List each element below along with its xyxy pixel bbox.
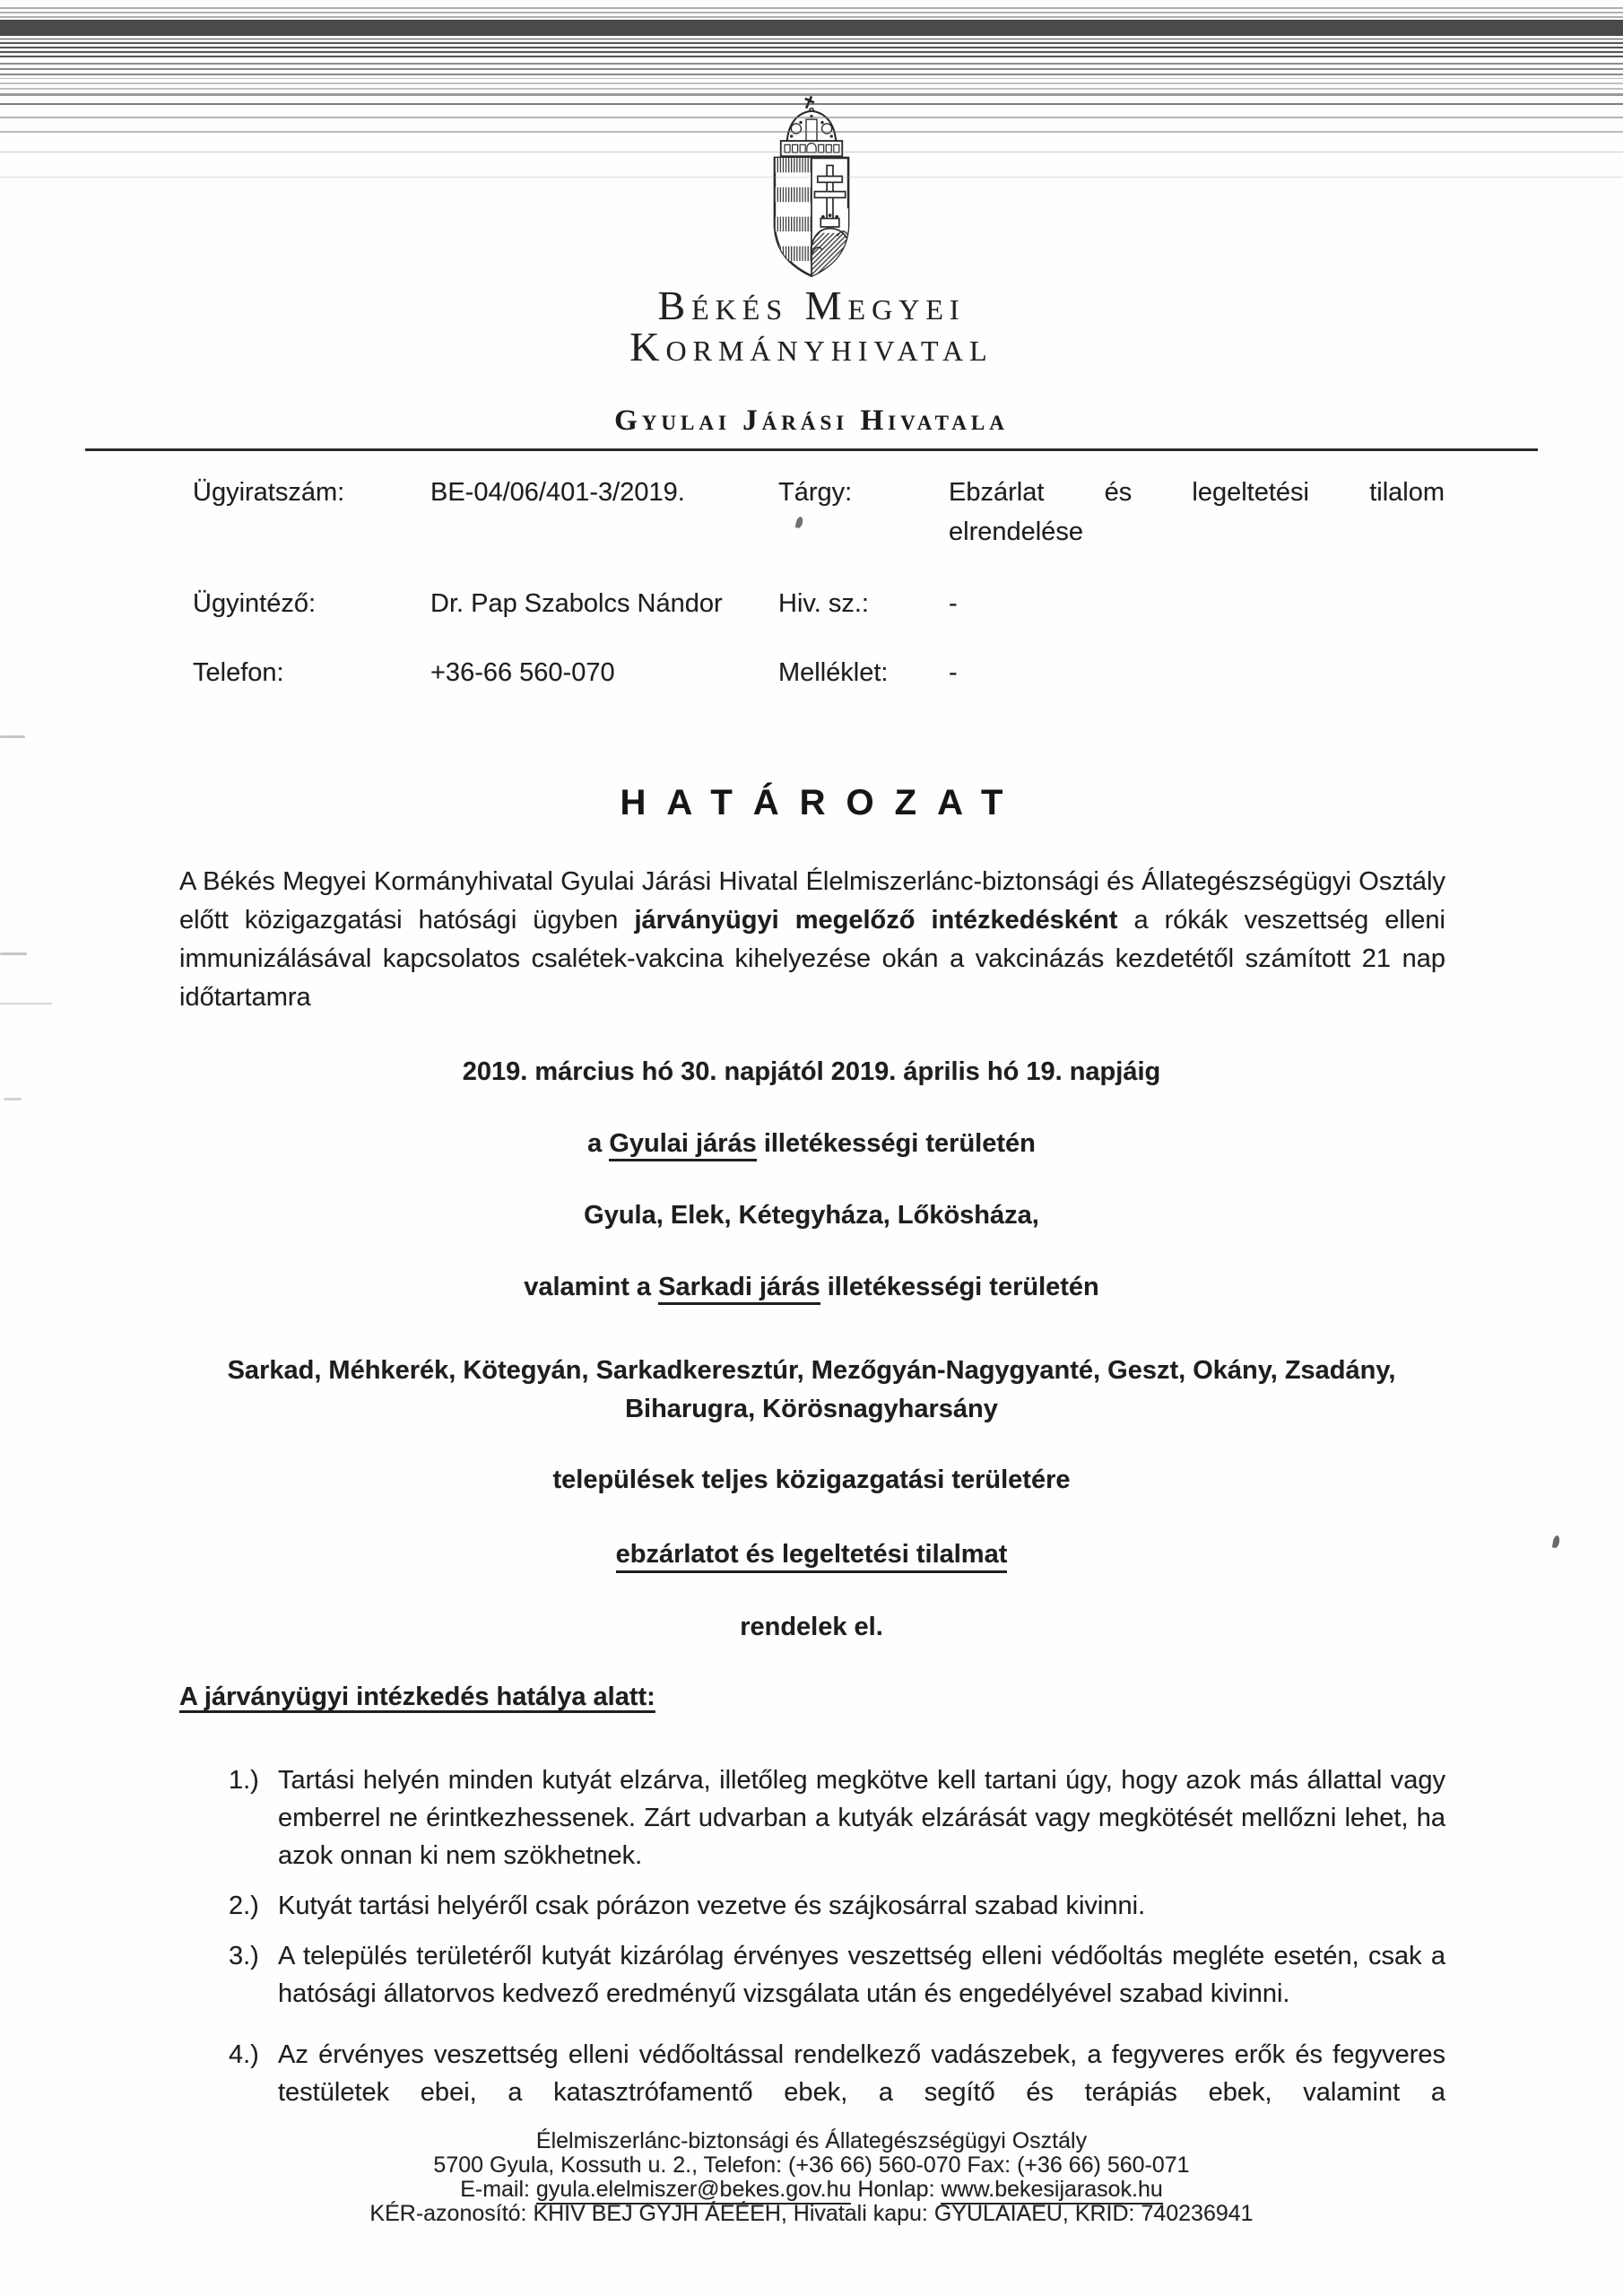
gyula-settlements-line: Gyula, Elek, Kétegyháza, Lőkösháza, xyxy=(0,1196,1623,1235)
scan-mark xyxy=(0,952,27,955)
clerk-label: Ügyintéző: xyxy=(193,584,430,623)
scan-stripe xyxy=(0,20,1623,36)
scan-artifact-band xyxy=(0,0,1623,197)
scan-stripe xyxy=(0,93,1623,96)
gyula-district-line: a Gyulai járás illetékességi területén xyxy=(0,1125,1623,1163)
gyula-district-post: illetékességi területén xyxy=(757,1129,1036,1158)
gyula-district-pre: a xyxy=(587,1129,609,1158)
period-line: 2019. március hó 30. napjától 2019. ápri… xyxy=(0,1053,1623,1091)
scan-stripe xyxy=(0,103,1623,105)
scan-stripe xyxy=(0,177,1623,178)
sarkad-district-line: valamint a Sarkadi járás illetékességi t… xyxy=(0,1268,1623,1307)
meta-row-clerk: Ügyintéző: Dr. Pap Szabolcs Nándor Hiv. … xyxy=(193,584,1445,623)
sarkad-district-pre: valamint a xyxy=(524,1273,658,1301)
subject-label: Tárgy: xyxy=(778,473,949,512)
homepage-label: Honlap: xyxy=(851,2177,941,2202)
attachment-value: - xyxy=(949,653,1445,692)
org-name-line-2: Kormányhivatal xyxy=(0,326,1623,368)
subject-value-line2: elrendelése xyxy=(949,512,1445,552)
item-3-number: 3.) xyxy=(229,1937,259,1975)
scan-stripe xyxy=(0,152,1623,152)
measure-item-3: 3.) A település területéről kutyát kizár… xyxy=(179,1937,1445,2013)
email-label: E-mail: xyxy=(460,2177,536,2202)
header-divider xyxy=(85,448,1538,451)
measure-item-2: 2.) Kutyát tartási helyéről csak pórázon… xyxy=(179,1887,1445,1925)
subject-value: Ebzárlat és legeltetési tilalom elrendel… xyxy=(949,473,1445,552)
item-1-text: Tartási helyén minden kutyát elzárva, il… xyxy=(278,1766,1445,1870)
case-number-value: BE-04/06/401-3/2019. xyxy=(430,473,778,512)
sarkad-district-name: Sarkadi járás xyxy=(658,1273,820,1305)
decision-title: HATÁROZAT xyxy=(0,780,1623,825)
scan-stripe xyxy=(0,39,1623,57)
item-4-number: 4.) xyxy=(229,2036,259,2074)
scan-stripe xyxy=(0,78,1623,90)
phone-value: +36-66 560-070 xyxy=(430,653,778,692)
subject-value-line1: Ebzárlat és legeltetési tilalom xyxy=(949,473,1445,512)
measures-list: 1.) Tartási helyén minden kutyát elzárva… xyxy=(179,1761,1445,2111)
document-meta: Ügyiratszám: BE-04/06/401-3/2019. Tárgy:… xyxy=(193,473,1445,692)
scan-mark xyxy=(0,1003,52,1004)
sarkad-settlements-line2: Biharugra, Körösnagyharsány xyxy=(0,1390,1623,1429)
scan-mark xyxy=(4,1098,22,1100)
gyula-district-name: Gyulai járás xyxy=(609,1129,756,1161)
case-number-label: Ügyiratszám: xyxy=(193,473,430,512)
order-close-line: rendelek el. xyxy=(0,1608,1623,1647)
measure-item-4: 4.) Az érvényes veszettség elleni védőol… xyxy=(179,2036,1445,2111)
intro-bold-text: járványügyi megelőző intézkedésként xyxy=(634,906,1117,935)
scan-stripe xyxy=(0,4,1623,18)
order-line: ebzárlatot és legeltetési tilalmat xyxy=(0,1535,1623,1574)
footer-department: Élelmiszerlánc-biztonsági és Állategészs… xyxy=(0,2129,1623,2153)
reference-number-label: Hiv. sz.: xyxy=(778,584,949,623)
item-4-text: Az érvényes veszettség elleni védőoltáss… xyxy=(278,2040,1445,2107)
decision-intro-paragraph: A Békés Megyei Kormányhivatal Gyulai Jár… xyxy=(179,863,1445,1017)
scan-mark xyxy=(0,735,25,738)
scan-stripe xyxy=(0,131,1623,133)
sarkad-district-post: illetékességi területén xyxy=(820,1273,1099,1301)
scan-stripe xyxy=(0,117,1623,118)
attachment-label: Melléklet: xyxy=(778,653,949,692)
org-name-line-1: Békés Megyei xyxy=(0,285,1623,326)
order-underlined-text: ebzárlatot és legeltetési tilalmat xyxy=(616,1540,1008,1573)
footer-contacts: E-mail: gyula.elelmiszer@bekes.gov.hu Ho… xyxy=(0,2178,1623,2202)
clerk-value: Dr. Pap Szabolcs Nándor xyxy=(430,584,778,623)
scan-stripe xyxy=(0,60,1623,75)
item-1-number: 1.) xyxy=(229,1761,259,1799)
item-2-text: Kutyát tartási helyéről csak pórázon vez… xyxy=(278,1892,1145,1920)
measure-item-1: 1.) Tartási helyén minden kutyát elzárva… xyxy=(179,1761,1445,1874)
meta-row-case-number: Ügyiratszám: BE-04/06/401-3/2019. Tárgy:… xyxy=(193,473,1445,552)
document-footer: Élelmiszerlánc-biztonsági és Állategészs… xyxy=(0,2129,1623,2226)
reference-number-value: - xyxy=(949,584,1445,623)
scanned-document-page: Békés Megyei Kormányhivatal Gyulai Járás… xyxy=(0,0,1623,2296)
office-name: Gyulai Járási Hivatala xyxy=(0,405,1623,436)
measures-heading: A járványügyi intézkedés hatálya alatt: xyxy=(179,1677,1445,1717)
meta-row-phone: Telefon: +36-66 560-070 Melléklet: - xyxy=(193,653,1445,692)
scope-line: települések teljes közigazgatási terület… xyxy=(0,1461,1623,1500)
footer-address-phone: 5700 Gyula, Kossuth u. 2., Telefon: (+36… xyxy=(0,2153,1623,2178)
phone-label: Telefon: xyxy=(193,653,430,692)
item-2-number: 2.) xyxy=(229,1887,259,1925)
footer-ker-id: KÉR-azonosító: KHIV BEJ GYJH ÁEÉEH, Hiva… xyxy=(0,2202,1623,2226)
item-3-text: A település területéről kutyát kizárólag… xyxy=(278,1942,1445,2008)
sarkad-settlements-line1: Sarkad, Méhkerék, Kötegyán, Sarkadkeresz… xyxy=(0,1352,1623,1390)
